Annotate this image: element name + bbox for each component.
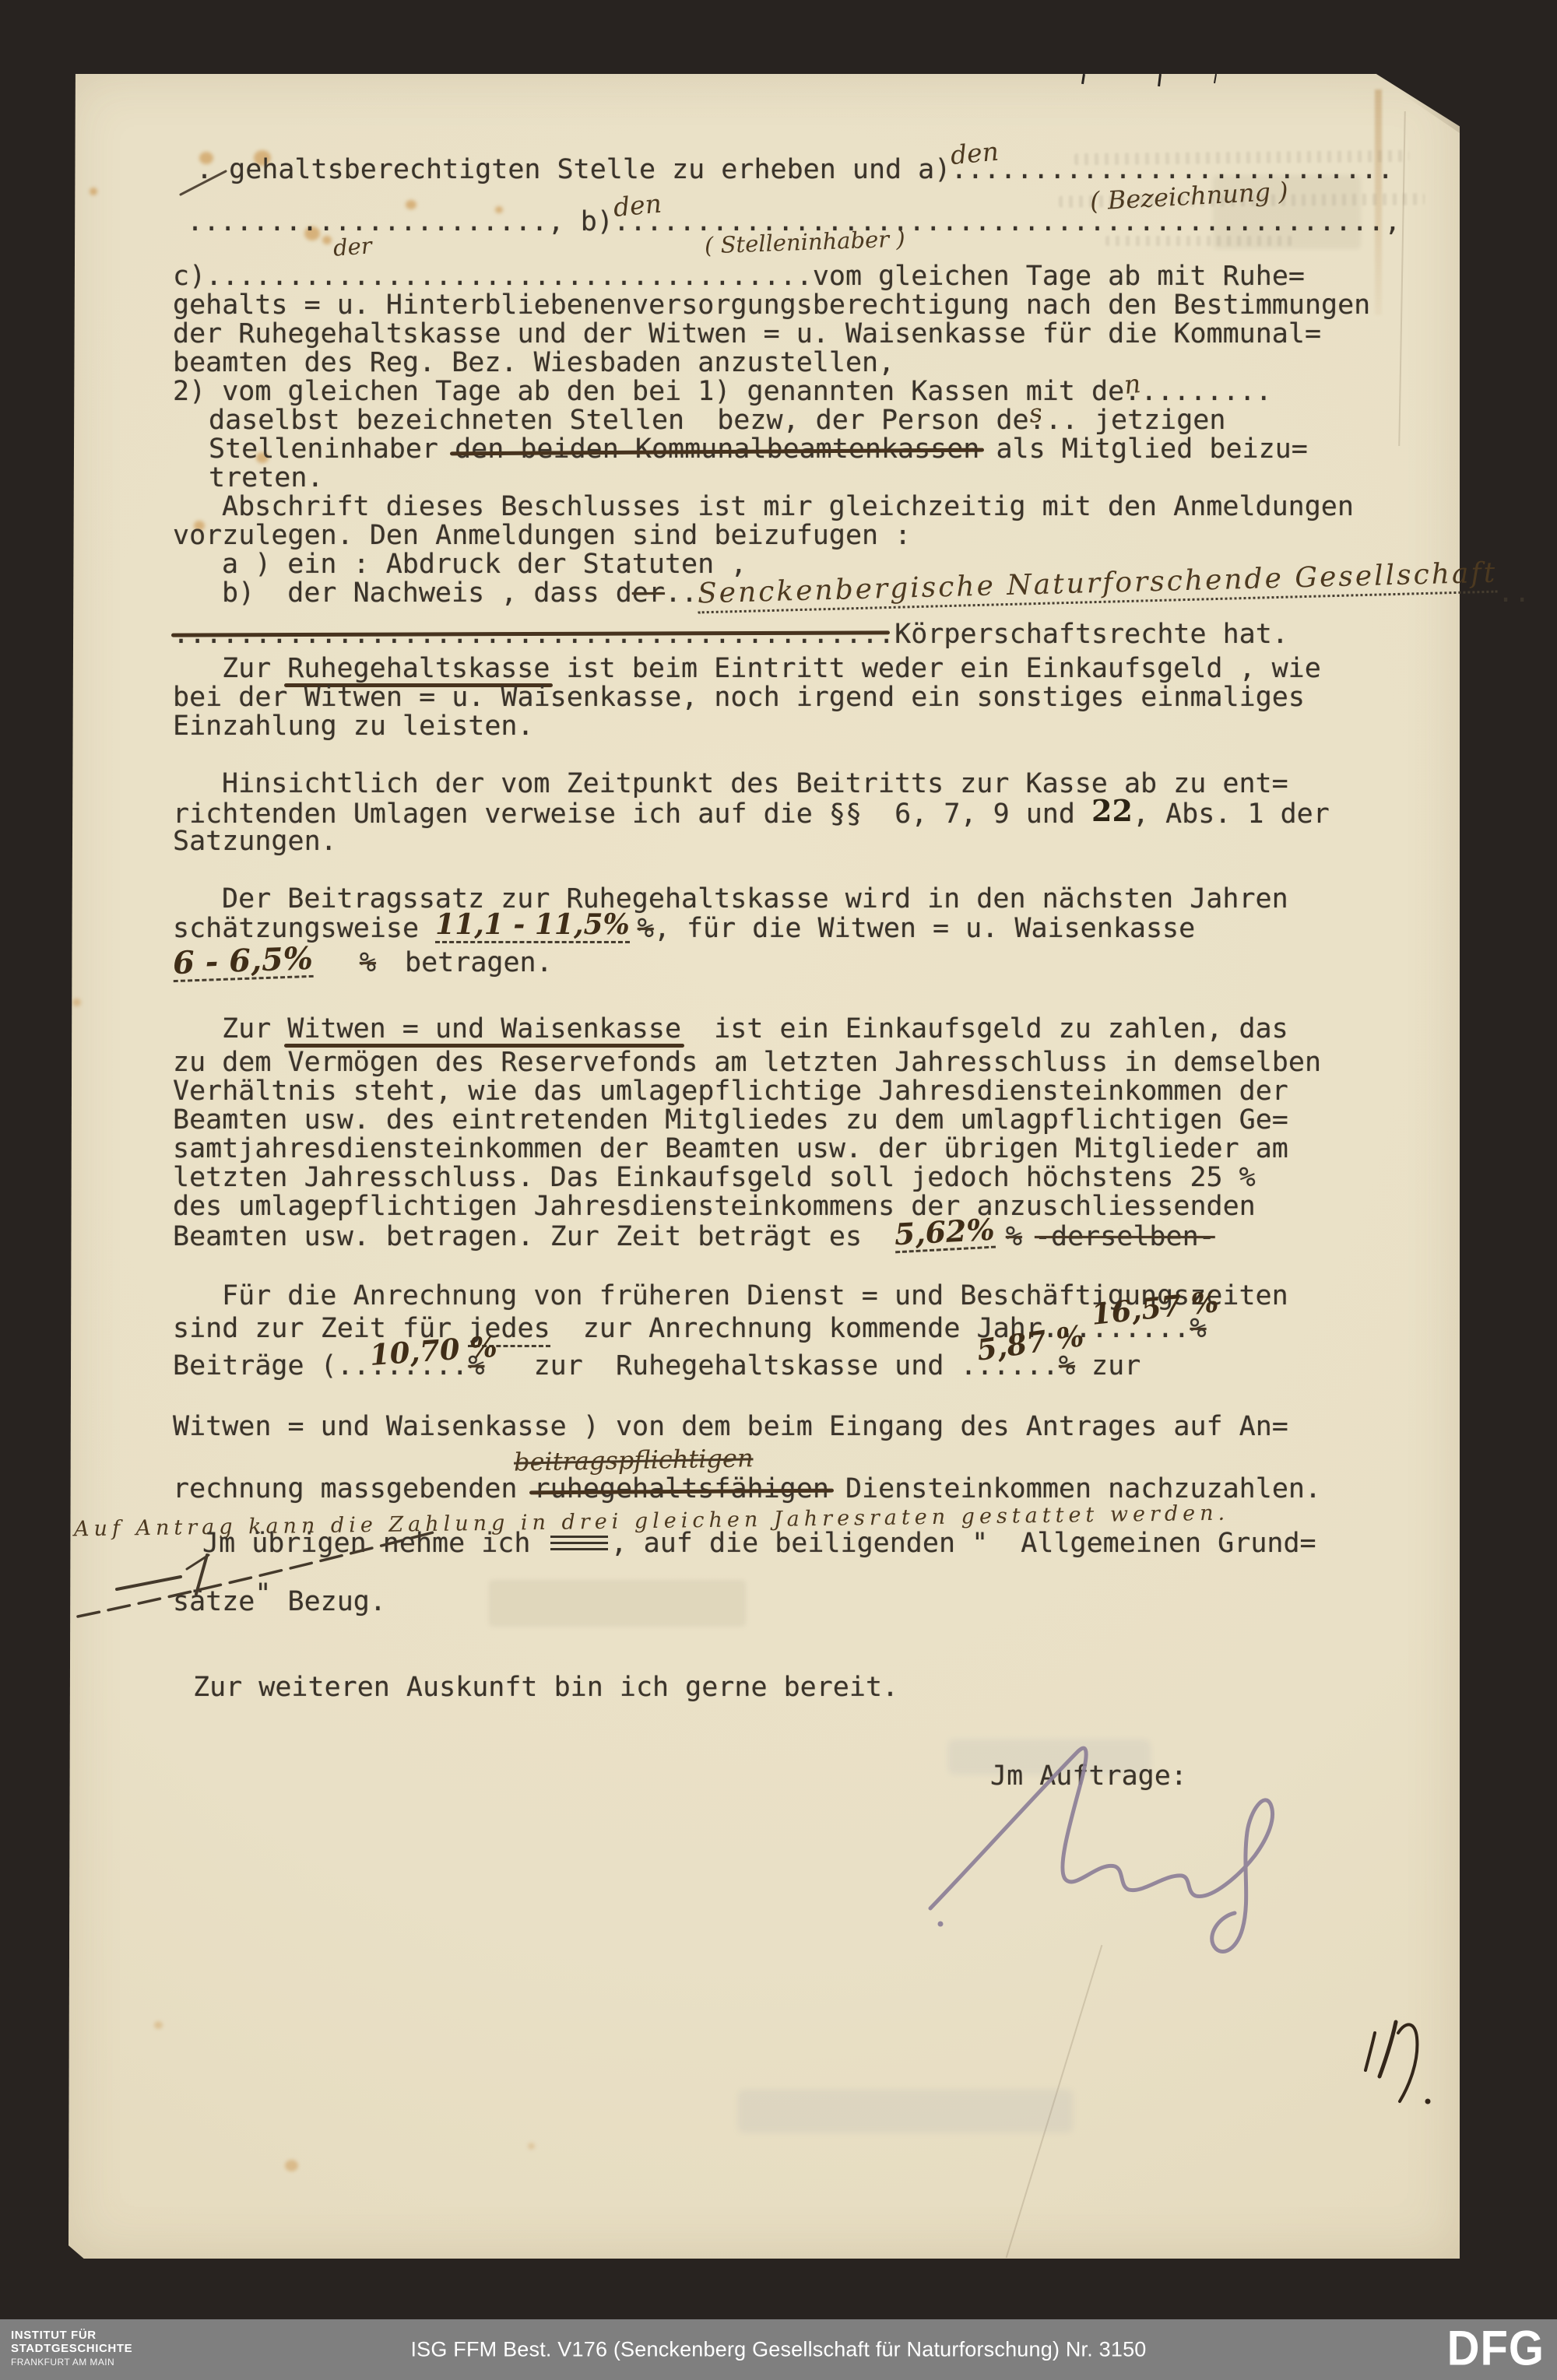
- typed-text: Einzahlung zu leisten.: [173, 711, 534, 742]
- typed-text: .....: [977, 1350, 1059, 1381]
- typed-text: . gehaltsberechtigten Stelle zu erheben …: [196, 154, 951, 185]
- typed-text: Jm übrigen nehme ich: [202, 1528, 547, 1559]
- typed-text: Zur: [222, 1013, 287, 1044]
- handwritten-insertion: beitragspflichtigen: [514, 1444, 754, 1476]
- typed-text: den beiden Kommunalbeamtenkassen: [455, 434, 979, 465]
- typed-line: Beamten usw. des eintretenden Mitgliedes…: [173, 1104, 1288, 1136]
- typed-line: des umlagepflichtigen Jahresdiensteinkom…: [173, 1191, 1256, 1222]
- typed-text: [550, 1533, 608, 1552]
- institute-logo: INSTITUT FÜR STADTGESCHICHTE FRANKFURT A…: [11, 2329, 132, 2369]
- handwritten-text: 22: [1091, 795, 1133, 827]
- typed-line: schätzungsweise 11,1 - 11,5%%, für die W…: [173, 912, 1195, 946]
- typed-text: vom gleichen Tage ab mit Ruhe=: [813, 261, 1305, 292]
- typed-text: Beamten usw. betragen. Zur Zeit beträgt …: [173, 1221, 894, 1252]
- typed-text: vorzulegen. Den Anmeldungen sind beizufu…: [173, 520, 911, 551]
- typed-text: Abschrift dieses Beschlusses ist mir gle…: [222, 491, 1354, 522]
- typed-line: Witwen = und Waisenkasse ) von dem beim …: [173, 1411, 1288, 1442]
- typed-text: Bezug.: [271, 1586, 386, 1617]
- handwritten-note-der: der: [333, 230, 372, 262]
- typed-text: .....................................: [206, 261, 813, 292]
- typed-text: als Mitglied beizu=: [979, 434, 1307, 465]
- typed-text: samtjahresdiensteinkommen der Beamten us…: [173, 1133, 1288, 1164]
- typed-line: Satzungen.: [173, 826, 337, 857]
- archive-reference-text: ISG FFM Best. V176 (Senckenberg Gesellsc…: [410, 2338, 1146, 2362]
- typed-text: ......: [370, 1350, 468, 1381]
- archive-footer-bar: INSTITUT FÜR STADTGESCHICHTE FRANKFURT A…: [0, 2319, 1557, 2380]
- typed-text: er: [632, 577, 665, 609]
- typed-line: richtenden Umlagen verweise ich auf die …: [173, 797, 1330, 830]
- typed-text: Stelleninhaber: [209, 434, 455, 465]
- typed-line: Einzahlung zu leisten.: [173, 711, 534, 742]
- typed-text: Satzungen.: [173, 826, 337, 857]
- typed-text: ........................................…: [173, 619, 894, 650]
- typed-line: Verhältnis steht, wie das umlagepflichti…: [173, 1076, 1288, 1107]
- typed-text: Beiträge (..: [173, 1350, 370, 1381]
- typed-line: samtjahresdiensteinkommen der Beamten us…: [173, 1133, 1288, 1164]
- typed-text: , b): [548, 206, 613, 237]
- typed-text: daselbst bezeichneten Stellen bezw, der …: [209, 405, 1029, 436]
- handwritten-note-stelleninhaber: ( Stelleninhaber ): [705, 226, 905, 258]
- dfg-logo: DFG: [1447, 2320, 1545, 2376]
- typed-text: Witwen = und Waisenkasse ) von dem beim …: [173, 1411, 1288, 1442]
- typed-text: Beamten usw. des eintretenden Mitgliedes…: [173, 1104, 1288, 1136]
- typed-text: %: [638, 913, 654, 944]
- institute-logo-line2: STADTGESCHICHTE: [11, 2342, 132, 2355]
- typed-line: ........................................…: [173, 619, 1288, 650]
- typed-text: ..: [1498, 577, 1531, 609]
- typed-line: bei der Witwen = u. Waisenkasse, noch ir…: [173, 682, 1305, 713]
- typed-text: richtenden Umlagen verweise ich auf die …: [173, 799, 1091, 830]
- typed-line: Abschrift dieses Beschlusses ist mir gle…: [222, 491, 1354, 522]
- typed-line: treten.: [209, 462, 324, 493]
- typed-text: der Ruhegehaltskasse und der Witwen = u.…: [173, 318, 1321, 349]
- typed-text: , Abs. 1 der: [1133, 799, 1330, 830]
- typed-text: %: [1059, 1350, 1075, 1381]
- typed-text: zu dem Vermögen des Reservefonds am letz…: [173, 1047, 1321, 1078]
- typed-text: zur: [1075, 1350, 1141, 1381]
- handwritten-text: der: [332, 230, 373, 263]
- typed-line: der Ruhegehaltskasse und der Witwen = u.…: [173, 318, 1321, 349]
- handwritten-text: ( Stelleninhaber ): [704, 223, 905, 262]
- typed-text: Der Beitragssatz zur Ruhegehaltskasse wi…: [222, 883, 1288, 914]
- typed-text: ..: [665, 577, 698, 609]
- handwritten-text: beitragspflichtigen: [514, 1442, 754, 1477]
- handwritten-text: 11,1 - 11,5%: [435, 909, 630, 943]
- typed-text: Witwen = und Waisenkasse: [287, 1013, 681, 1044]
- typed-text: ist beim Eintritt weder ein Einkaufsgeld…: [550, 653, 1320, 684]
- typed-line: daselbst bezeichneten Stellen bezw, der …: [209, 405, 1225, 436]
- typed-line: Zur Witwen = und Waisenkasse ist ein Ein…: [222, 1013, 1288, 1044]
- typed-text: gehalts = u. Hinterbliebenenversorgungsb…: [173, 290, 1370, 321]
- typed-text: b) der Nachweis , dass d: [222, 577, 632, 609]
- typed-text: zur Ruhegehaltskasse und .: [484, 1350, 976, 1381]
- typed-text: c): [173, 261, 206, 292]
- typed-line: Zur Ruhegehaltskasse ist beim Eintritt w…: [222, 653, 1321, 684]
- typed-text: , für die Witwen = u. Waisenkasse: [654, 913, 1195, 944]
- typed-text: -derselben-: [1035, 1221, 1215, 1252]
- typed-line: sätze" Bezug.: [173, 1586, 386, 1617]
- typed-line-im-auftrage: Jm Auftrage:: [990, 1760, 1187, 1792]
- typed-text: %: [468, 1350, 484, 1381]
- typed-line: Stelleninhaber den beiden Kommunalbeamte…: [209, 434, 1308, 465]
- typed-line: a ) ein : Abdruck der Statuten ,: [222, 549, 747, 580]
- typed-text: a ) ein : Abdruck der Statuten ,: [222, 549, 747, 580]
- typed-line: beamten des Reg. Bez. Wiesbaden anzustel…: [173, 347, 894, 378]
- typed-text: 2) vom gleichen Tage ab den bei 1) genan…: [173, 376, 1124, 407]
- handwritten-text: Senckenbergische Naturforschende Gesells…: [698, 558, 1498, 614]
- institute-logo-line1: INSTITUT FÜR: [11, 2329, 132, 2342]
- typed-line: Beamten usw. betragen. Zur Zeit beträgt …: [173, 1220, 1215, 1254]
- typed-text: %: [360, 947, 376, 978]
- typed-text: Verhältnis steht, wie das umlagepflichti…: [173, 1076, 1288, 1107]
- typed-text: Zur: [222, 653, 287, 684]
- institute-logo-line3: FRANKFURT AM MAIN: [11, 2356, 132, 2369]
- typed-text: ... jetzigen: [1029, 405, 1226, 436]
- typed-text: Jm Auftrage:: [990, 1760, 1187, 1792]
- typed-text: bei der Witwen = u. Waisenkasse, noch ir…: [173, 682, 1305, 713]
- typed-text: Zur weiteren Auskunft bin ich gerne bere…: [193, 1672, 898, 1703]
- typed-text: letzten Jahresschluss. Das Einkaufsgeld …: [173, 1162, 1256, 1193]
- handwritten-text: 6 - 6,5%: [172, 943, 313, 982]
- typed-text: , auf die beiligenden " Allgemeinen Grun…: [611, 1528, 1316, 1559]
- typed-text: ,: [1384, 206, 1401, 237]
- typed-text: ruhegehaltsfähigen: [534, 1473, 829, 1504]
- typed-text: schätzungsweise: [173, 913, 435, 944]
- handwritten-line: 6 - 6,5%% betragen.: [173, 946, 553, 980]
- typed-line: Beiträge (..10,70 %......% zur Ruhegehal…: [173, 1349, 1141, 1381]
- typed-text: ist ein Einkaufsgeld zu zahlen, das: [681, 1013, 1288, 1044]
- typed-text: ": [255, 1578, 271, 1609]
- typed-text: betragen.: [388, 947, 553, 978]
- typed-line: 2) vom gleichen Tage ab den bei 1) genan…: [173, 376, 1272, 407]
- typed-text: ......: [1091, 1313, 1190, 1344]
- handwritten-text: 5,62%: [894, 1214, 996, 1254]
- typed-line: Jm übrigen nehme ich , auf die beiligend…: [202, 1528, 1316, 1559]
- typed-line: gehalts = u. Hinterbliebenenversorgungsb…: [173, 290, 1370, 321]
- typed-line: zu dem Vermögen des Reservefonds am letz…: [173, 1047, 1321, 1078]
- typed-line: Der Beitragssatz zur Ruhegehaltskasse wi…: [222, 883, 1288, 914]
- typed-text: .........: [1124, 376, 1272, 407]
- typed-text: %: [1006, 1221, 1022, 1252]
- scanned-document-scene: . gehaltsberechtigten Stelle zu erheben …: [0, 0, 1557, 2380]
- typed-text: des umlagepflichtigen Jahresdiensteinkom…: [173, 1191, 1256, 1222]
- typed-line: Zur weiteren Auskunft bin ich gerne bere…: [193, 1672, 898, 1703]
- typed-text: Körperschaftsrechte hat.: [894, 619, 1288, 650]
- document-text-layer: . gehaltsberechtigten Stelle zu erheben …: [0, 0, 1557, 2380]
- typed-text: treten.: [209, 462, 324, 493]
- typed-text: sätze: [173, 1586, 255, 1617]
- typed-line: letzten Jahresschluss. Das Einkaufsgeld …: [173, 1162, 1256, 1193]
- typed-line: b) der Nachweis , dass der..Senckenbergi…: [222, 577, 1531, 613]
- typed-text: beamten des Reg. Bez. Wiesbaden anzustel…: [173, 347, 894, 378]
- typed-text: rechnung massgebenden: [173, 1473, 534, 1504]
- typed-line: vorzulegen. Den Anmeldungen sind beizufu…: [173, 520, 911, 551]
- typed-line: c).....................................v…: [173, 261, 1305, 292]
- typed-text: Ruhegehaltskasse: [287, 653, 550, 684]
- typed-text: %: [1190, 1313, 1206, 1344]
